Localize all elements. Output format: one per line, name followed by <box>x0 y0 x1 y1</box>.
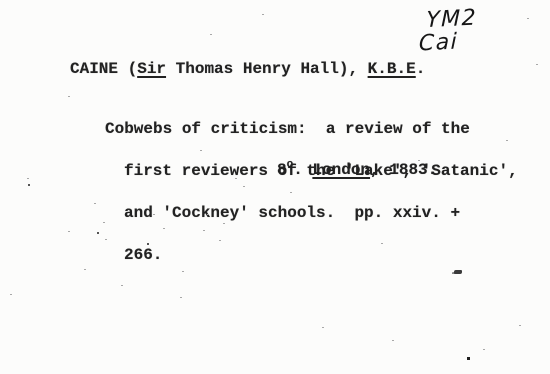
scan-blob <box>454 270 462 274</box>
imprint-line: 8o. London, 1883. <box>277 161 437 181</box>
scan-speck <box>483 349 485 350</box>
scan-speck <box>519 325 521 326</box>
scan-speck <box>27 178 29 179</box>
heading-pre: CAINE ( <box>70 60 137 78</box>
shelfmark-annotation: YM2 Cai <box>419 6 478 55</box>
scan-speck <box>163 228 165 229</box>
scan-speck <box>527 18 529 19</box>
author-heading: CAINE (Sir Thomas Henry Hall), K.B.E. <box>70 61 425 77</box>
scan-speck <box>10 294 12 295</box>
scan-speck <box>153 214 155 215</box>
scan-speck <box>290 192 292 193</box>
scan-speck <box>210 34 212 35</box>
scan-speck <box>223 223 225 224</box>
scan-speck <box>68 231 70 232</box>
scan-speck <box>219 240 221 241</box>
scan-speck <box>203 230 205 231</box>
scan-speck <box>180 297 182 298</box>
scan-speck <box>536 64 538 65</box>
scan-speck <box>121 285 123 286</box>
scan-speck <box>103 222 105 223</box>
scan-speck <box>147 243 149 245</box>
scan-speck <box>262 14 264 15</box>
scan-speck <box>235 178 237 179</box>
heading-honorific: K.B.E <box>368 60 416 78</box>
scan-speck <box>207 214 209 215</box>
format-number: 8 <box>277 161 287 179</box>
imprint-tail: , 1883. <box>370 161 437 179</box>
heading-mid: Thomas Henry Hall), <box>166 60 368 78</box>
scan-speck <box>84 269 86 270</box>
scan-speck <box>97 232 99 234</box>
title-paragraph: Cobwebs of criticism: a review of the fi… <box>105 94 518 290</box>
shelfmark-cutter: Cai <box>419 29 477 55</box>
title-line-4: 266. <box>105 248 518 262</box>
scan-speck <box>182 271 184 272</box>
scan-speck <box>506 140 508 141</box>
imprint-place: London <box>312 161 370 179</box>
scan-dot <box>467 357 470 360</box>
scan-speck <box>322 327 324 328</box>
title-line-3: and 'Cockney' schools. pp. xxiv. + <box>105 206 518 220</box>
scan-speck <box>243 186 245 187</box>
scan-speck <box>105 239 107 240</box>
scan-speck <box>200 150 202 151</box>
imprint-separator: . <box>293 161 312 179</box>
catalog-card: YM2 Cai CAINE (Sir Thomas Henry Hall), K… <box>0 0 550 374</box>
heading-end: . <box>416 60 426 78</box>
scan-speck <box>418 160 420 161</box>
scan-speck <box>28 184 30 186</box>
scan-speck <box>68 96 70 97</box>
scan-speck <box>392 340 394 341</box>
heading-sir: Sir <box>137 60 166 78</box>
scan-speck <box>381 243 383 244</box>
format-superscript: o <box>287 159 294 171</box>
title-line-1: Cobwebs of criticism: a review of the <box>105 122 518 136</box>
scan-speck <box>94 203 96 204</box>
shelfmark-classmark: YM2 <box>426 6 477 32</box>
